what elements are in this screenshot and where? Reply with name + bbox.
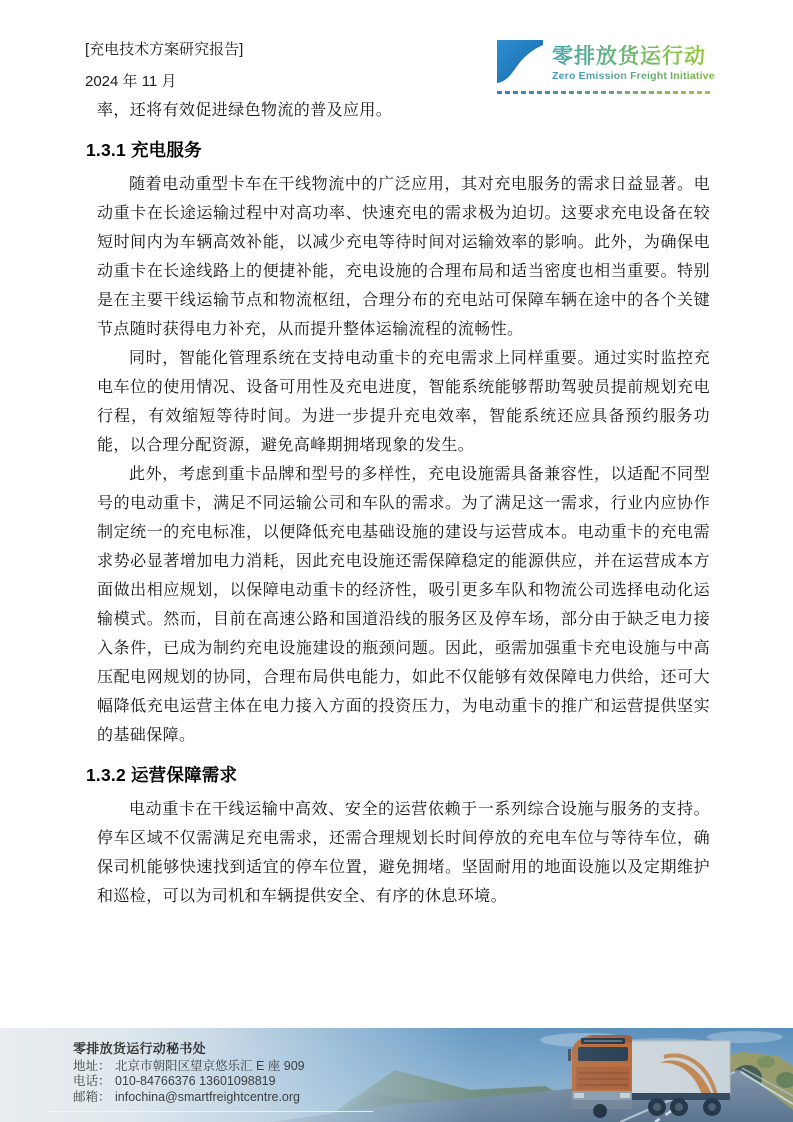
phone-label: 电话： [73, 1074, 111, 1090]
report-tag: [充电技术方案研究报告] [85, 38, 243, 59]
address-value: 北京市朝阳区望京悠乐汇 E 座 909 [115, 1059, 305, 1073]
growth-curve-icon [497, 40, 543, 86]
document-body: 率，还将有效促进绿色物流的普及应用。 1.3.1 充电服务 随着电动重型卡车在干… [97, 96, 710, 911]
section-heading-1-3-2: 1.3.2 运营保障需求 [86, 763, 710, 787]
footer-org-name: 零排放货运行动秘书处 [73, 1041, 305, 1057]
footer-contact-block: 零排放货运行动秘书处 地址：北京市朝阳区望京悠乐汇 E 座 909 电话：010… [73, 1041, 305, 1105]
report-date: 2024 年 11 月 [85, 70, 176, 91]
paragraph: 电动重卡在干线运输中高效、安全的运营依赖于一系列综合设施与服务的支持。停车区域不… [97, 795, 710, 911]
phone-value: 010-84766376 13601098819 [115, 1074, 276, 1088]
page-footer: 零排放货运行动秘书处 地址：北京市朝阳区望京悠乐汇 E 座 909 电话：010… [0, 1028, 793, 1122]
footer-address-row: 地址：北京市朝阳区望京悠乐汇 E 座 909 [73, 1059, 305, 1075]
section-heading-1-3-1: 1.3.1 充电服务 [86, 138, 710, 162]
zefi-logo: 零排放货运行动 Zero Emission Freight Initiative [497, 40, 712, 94]
logo-dashed-divider [497, 91, 712, 94]
footer-phone-row: 电话：010-84766376 13601098819 [73, 1074, 305, 1090]
logo-title-en: Zero Emission Freight Initiative [552, 70, 715, 82]
paragraph: 随着电动重型卡车在干线物流中的广泛应用，其对充电服务的需求日益显著。电动重卡在长… [97, 170, 710, 344]
footer-email-row: 邮箱：infochina@smartfreightcentre.org [73, 1090, 305, 1106]
report-page: [充电技术方案研究报告] 2024 年 11 月 零排放货运行动 Zero Em… [0, 0, 793, 1122]
logo-text: 零排放货运行动 Zero Emission Freight Initiative [552, 40, 715, 82]
address-label: 地址： [73, 1059, 111, 1075]
logo-title-cn: 零排放货运行动 [552, 45, 715, 69]
email-value: infochina@smartfreightcentre.org [115, 1090, 300, 1104]
paragraph-continued: 率，还将有效促进绿色物流的普及应用。 [97, 96, 710, 125]
logo-row: 零排放货运行动 Zero Emission Freight Initiative [497, 40, 712, 86]
footer-divider-line [47, 1111, 373, 1112]
paragraph: 此外，考虑到重卡品牌和型号的多样性，充电设施需具备兼容性，以适配不同型号的电动重… [97, 460, 710, 750]
paragraph: 同时，智能化管理系统在支持电动重卡的充电需求上同样重要。通过实时监控充电车位的使… [97, 344, 710, 460]
email-label: 邮箱： [73, 1090, 111, 1106]
